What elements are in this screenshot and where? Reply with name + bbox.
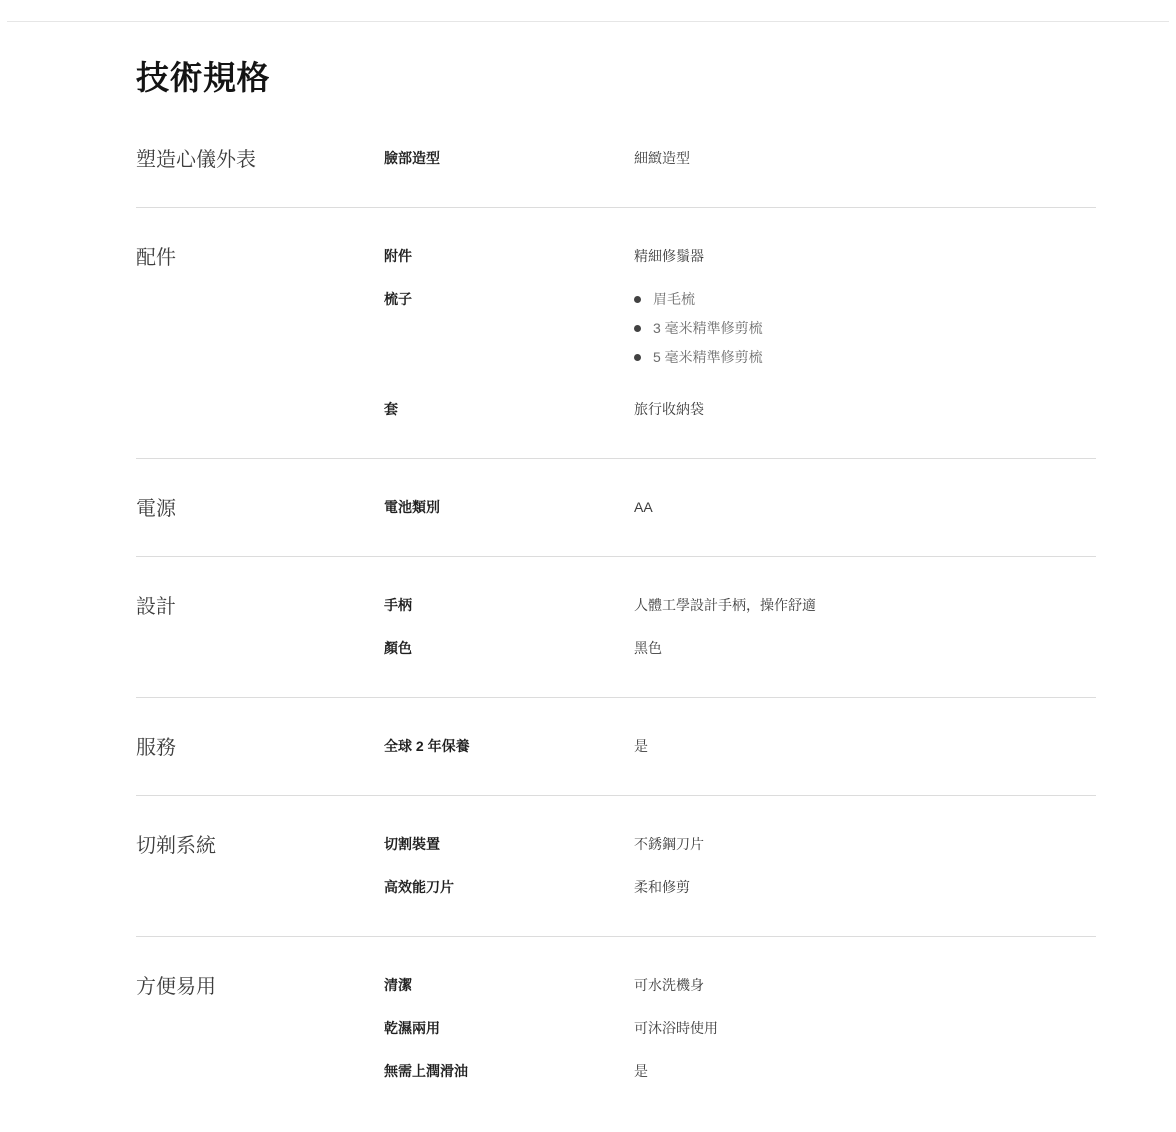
spec-value: 不銹鋼刀片 bbox=[634, 834, 704, 854]
spec-label: 清潔 bbox=[384, 975, 634, 995]
spec-list-item: 5 毫米精準修剪梳 bbox=[634, 347, 763, 367]
spec-row: 顏色黑色 bbox=[384, 638, 1096, 658]
spec-row: 附件精細修鬚器 bbox=[384, 246, 1096, 266]
spec-label: 高效能刀片 bbox=[384, 877, 634, 897]
spec-section: 切剃系統切割裝置不銹鋼刀片高效能刀片柔和修剪 bbox=[136, 796, 1096, 937]
spec-section: 服務全球 2 年保養是 bbox=[136, 698, 1096, 796]
spec-rows: 全球 2 年保養是 bbox=[384, 736, 1096, 779]
spec-row: 切割裝置不銹鋼刀片 bbox=[384, 834, 1096, 854]
spec-rows: 手柄人體工學設計手柄，操作舒適顏色黑色 bbox=[384, 595, 1096, 681]
spec-label: 臉部造型 bbox=[384, 148, 634, 168]
spec-list-item: 眉毛梳 bbox=[634, 289, 763, 309]
spec-list-item-text: 3 毫米精準修剪梳 bbox=[653, 318, 763, 338]
spec-value: 精細修鬚器 bbox=[634, 246, 704, 266]
spec-label: 全球 2 年保養 bbox=[384, 736, 634, 756]
spec-section: 電源電池類別AA bbox=[136, 459, 1096, 557]
bullet-icon bbox=[634, 354, 641, 361]
spec-rows: 臉部造型細緻造型 bbox=[384, 148, 1096, 191]
spec-value: 旅行收納袋 bbox=[634, 399, 704, 419]
spec-category: 設計 bbox=[136, 595, 384, 619]
spec-row: 電池類別AA bbox=[384, 497, 1096, 517]
spec-section: 配件附件精細修鬚器梳子眉毛梳3 毫米精準修剪梳5 毫米精準修剪梳套旅行收納袋 bbox=[136, 208, 1096, 459]
spec-section: 塑造心儀外表臉部造型細緻造型 bbox=[136, 110, 1096, 208]
spec-value: 可水洗機身 bbox=[634, 975, 704, 995]
spec-value: AA bbox=[634, 497, 653, 517]
spec-category: 配件 bbox=[136, 246, 384, 270]
spec-rows: 附件精細修鬚器梳子眉毛梳3 毫米精準修剪梳5 毫米精準修剪梳套旅行收納袋 bbox=[384, 246, 1096, 442]
spec-row: 無需上潤滑油是 bbox=[384, 1061, 1096, 1081]
spec-category: 服務 bbox=[136, 736, 384, 760]
spec-label: 電池類別 bbox=[384, 497, 634, 517]
spec-value: 細緻造型 bbox=[634, 148, 690, 168]
spec-sections: 塑造心儀外表臉部造型細緻造型配件附件精細修鬚器梳子眉毛梳3 毫米精準修剪梳5 毫… bbox=[136, 110, 1096, 1120]
spec-row: 全球 2 年保養是 bbox=[384, 736, 1096, 756]
spec-label: 切割裝置 bbox=[384, 834, 634, 854]
spec-category: 電源 bbox=[136, 497, 384, 521]
spec-label: 套 bbox=[384, 399, 634, 419]
spec-row: 套旅行收納袋 bbox=[384, 399, 1096, 419]
spec-row: 高效能刀片柔和修剪 bbox=[384, 877, 1096, 897]
page-title: 技術規格 bbox=[136, 58, 1096, 98]
spec-section: 設計手柄人體工學設計手柄，操作舒適顏色黑色 bbox=[136, 557, 1096, 698]
spec-label: 手柄 bbox=[384, 595, 634, 615]
spec-label: 無需上潤滑油 bbox=[384, 1061, 634, 1081]
spec-row: 乾濕兩用可沐浴時使用 bbox=[384, 1018, 1096, 1038]
spec-rows: 切割裝置不銹鋼刀片高效能刀片柔和修剪 bbox=[384, 834, 1096, 920]
spec-category: 方便易用 bbox=[136, 975, 384, 999]
spec-value: 是 bbox=[634, 736, 648, 756]
spec-list-item-text: 眉毛梳 bbox=[653, 289, 695, 309]
spec-label: 乾濕兩用 bbox=[384, 1018, 634, 1038]
spec-section: 方便易用清潔可水洗機身乾濕兩用可沐浴時使用無需上潤滑油是 bbox=[136, 937, 1096, 1120]
spec-row: 臉部造型細緻造型 bbox=[384, 148, 1096, 168]
bullet-icon bbox=[634, 296, 641, 303]
spec-row: 手柄人體工學設計手柄，操作舒適 bbox=[384, 595, 1096, 615]
spec-category: 切剃系統 bbox=[136, 834, 384, 858]
spec-rows: 清潔可水洗機身乾濕兩用可沐浴時使用無需上潤滑油是 bbox=[384, 975, 1096, 1104]
spec-value: 可沐浴時使用 bbox=[634, 1018, 718, 1038]
specs-page: 技術規格 塑造心儀外表臉部造型細緻造型配件附件精細修鬚器梳子眉毛梳3 毫米精準修… bbox=[0, 0, 1176, 1132]
spec-value: 黑色 bbox=[634, 638, 662, 658]
spec-label: 顏色 bbox=[384, 638, 634, 658]
spec-row: 清潔可水洗機身 bbox=[384, 975, 1096, 995]
top-divider bbox=[7, 21, 1169, 22]
spec-value: 人體工學設計手柄，操作舒適 bbox=[634, 595, 816, 615]
bullet-icon bbox=[634, 325, 641, 332]
spec-list-item-text: 5 毫米精準修剪梳 bbox=[653, 347, 763, 367]
spec-value-list: 眉毛梳3 毫米精準修剪梳5 毫米精準修剪梳 bbox=[634, 289, 763, 376]
spec-rows: 電池類別AA bbox=[384, 497, 1096, 540]
spec-label: 梳子 bbox=[384, 289, 634, 309]
spec-value: 是 bbox=[634, 1061, 648, 1081]
spec-list-item: 3 毫米精準修剪梳 bbox=[634, 318, 763, 338]
spec-value: 柔和修剪 bbox=[634, 877, 690, 897]
spec-label: 附件 bbox=[384, 246, 634, 266]
spec-row: 梳子眉毛梳3 毫米精準修剪梳5 毫米精準修剪梳 bbox=[384, 289, 1096, 376]
specs-container: 技術規格 塑造心儀外表臉部造型細緻造型配件附件精細修鬚器梳子眉毛梳3 毫米精準修… bbox=[0, 58, 1176, 1120]
spec-category: 塑造心儀外表 bbox=[136, 148, 384, 172]
